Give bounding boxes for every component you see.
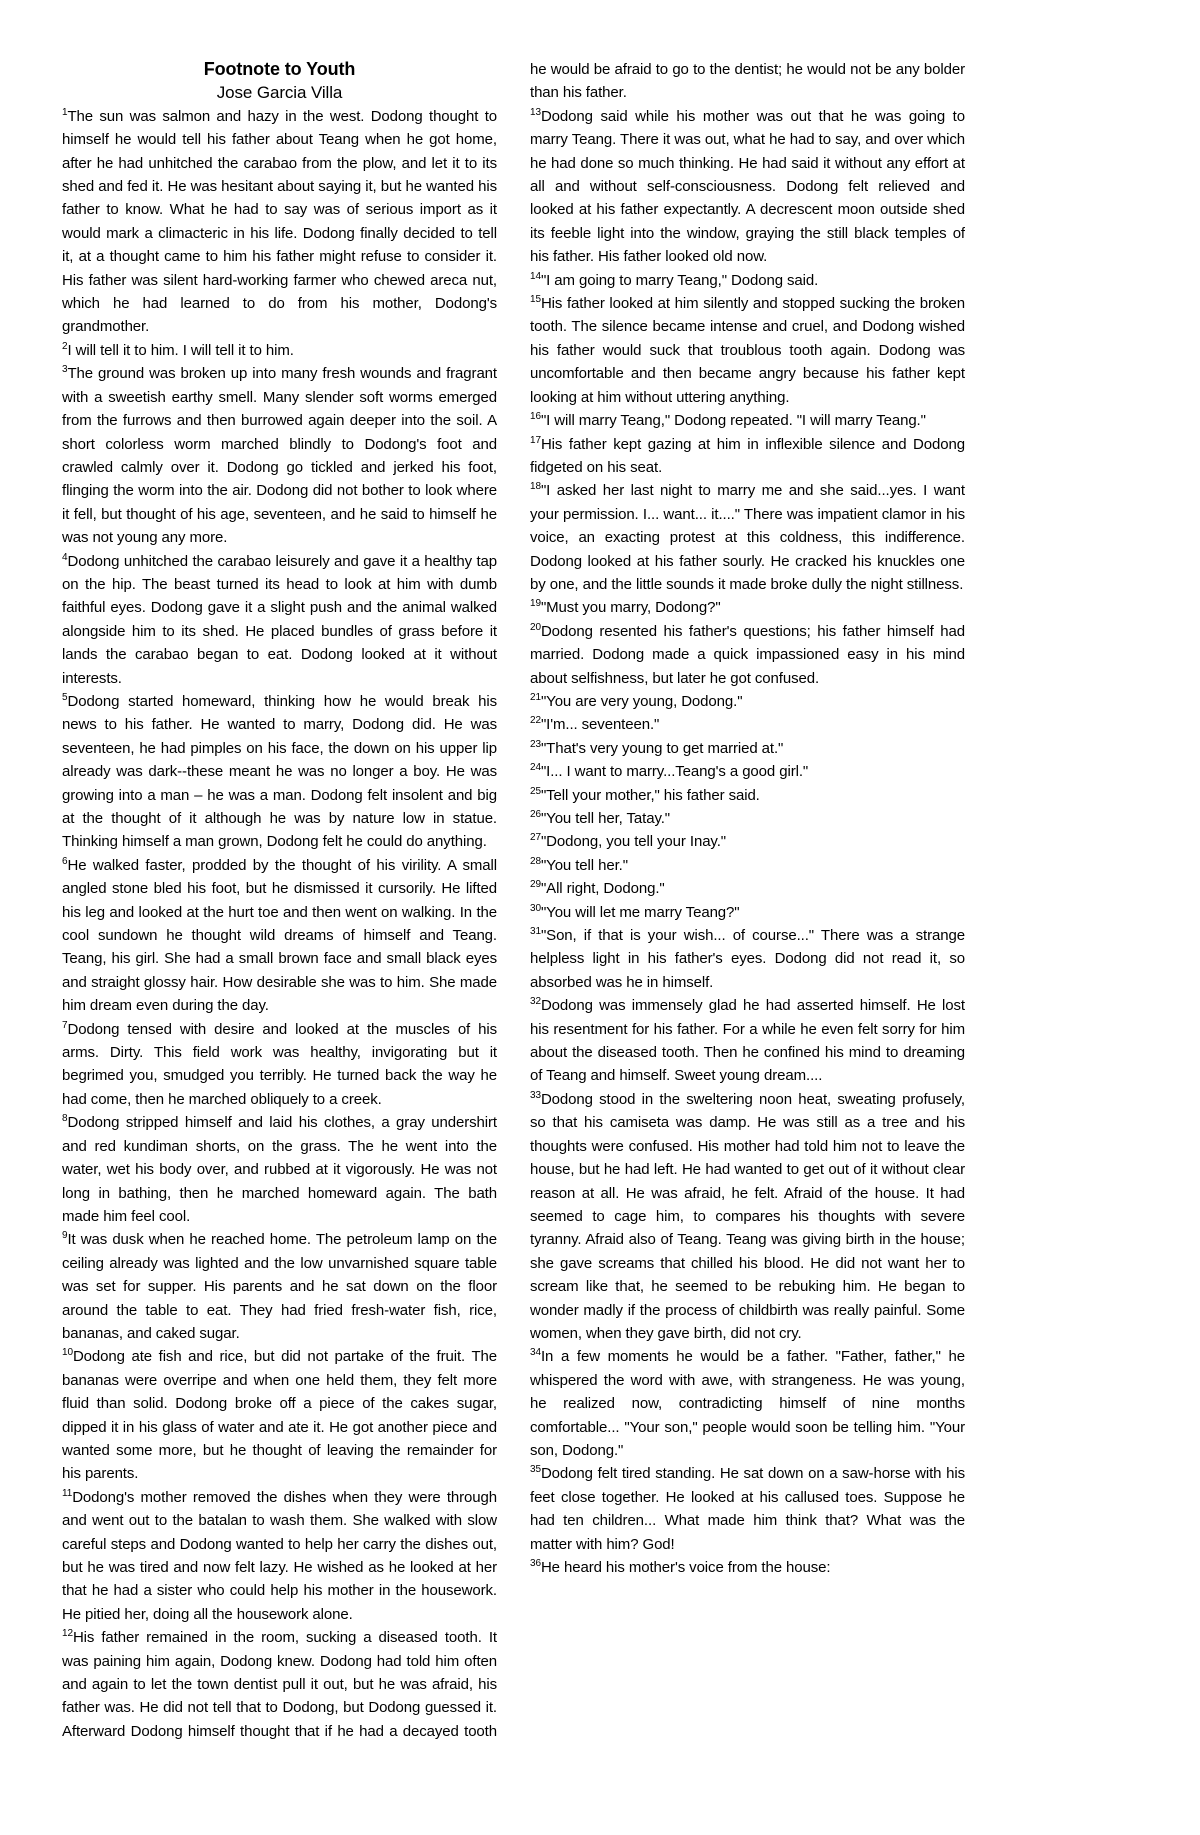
paragraph-text: Dodong stood in the sweltering noon heat…: [530, 1091, 965, 1342]
paragraph-text: Dodong unhitched the carabao leisurely a…: [62, 553, 497, 687]
paragraph-number: 20: [530, 622, 541, 633]
story-paragraph: 11Dodong's mother removed the dishes whe…: [62, 1486, 497, 1626]
paragraph-text: "I... I want to marry...Teang's a good g…: [541, 763, 808, 780]
paragraph-text: In a few moments he would be a father. "…: [530, 1348, 965, 1459]
story-paragraph: 18"I asked her last night to marry me an…: [530, 479, 965, 596]
paragraph-number: 16: [530, 411, 541, 422]
paragraph-number: 24: [530, 762, 541, 773]
paragraph-text: Dodong stripped himself and laid his clo…: [62, 1114, 497, 1225]
paragraph-number: 10: [62, 1347, 73, 1358]
paragraph-number: 36: [530, 1558, 541, 1569]
paragraph-number: 13: [530, 107, 541, 118]
paragraph-number: 25: [530, 786, 541, 797]
story-paragraph: 6He walked faster, prodded by the though…: [62, 854, 497, 1018]
paragraph-text: His father looked at him silently and st…: [530, 295, 965, 406]
story-paragraph: 24"I... I want to marry...Teang's a good…: [530, 760, 965, 783]
paragraph-number: 22: [530, 715, 541, 726]
paragraph-number: 17: [530, 435, 541, 446]
paragraph-text: I will tell it to him. I will tell it to…: [67, 342, 293, 359]
paragraph-text: "All right, Dodong.": [541, 880, 665, 897]
story-paragraph: 15His father looked at him silently and …: [530, 292, 965, 409]
paragraph-text: Dodong ate fish and rice, but did not pa…: [62, 1348, 497, 1482]
story-paragraph: 33Dodong stood in the sweltering noon he…: [530, 1088, 965, 1345]
story-paragraph: 19"Must you marry, Dodong?": [530, 596, 965, 619]
paragraph-number: 31: [530, 926, 541, 937]
paragraph-number: 26: [530, 809, 541, 820]
paragraph-text: "I will marry Teang," Dodong repeated. "…: [541, 412, 926, 429]
paragraph-number: 34: [530, 1347, 541, 1358]
paragraph-text: Dodong felt tired standing. He sat down …: [530, 1465, 965, 1552]
paragraph-number: 28: [530, 856, 541, 867]
story-paragraph: 23"That's very young to get married at.": [530, 737, 965, 760]
story-paragraph: 25"Tell your mother," his father said.: [530, 784, 965, 807]
paragraph-number: 30: [530, 903, 541, 914]
paragraph-number: 29: [530, 879, 541, 890]
paragraph-text: "You will let me marry Teang?": [541, 904, 740, 921]
story-paragraph: 7Dodong tensed with desire and looked at…: [62, 1018, 497, 1112]
story-paragraph: 13Dodong said while his mother was out t…: [530, 105, 965, 269]
story-columns: Footnote to Youth Jose Garcia Villa 1The…: [62, 58, 965, 1780]
paragraph-text: Dodong started homeward, thinking how he…: [62, 693, 497, 850]
paragraph-text: The ground was broken up into many fresh…: [62, 365, 497, 546]
story-paragraph: 31"Son, if that is your wish... of cours…: [530, 924, 965, 994]
story-paragraph: 8Dodong stripped himself and laid his cl…: [62, 1111, 497, 1228]
story-paragraph: 30"You will let me marry Teang?": [530, 901, 965, 924]
paragraph-number: 23: [530, 739, 541, 750]
paragraph-text: He heard his mother's voice from the hou…: [541, 1559, 831, 1576]
story-paragraph: 28"You tell her.": [530, 854, 965, 877]
paragraph-text: "You are very young, Dodong.": [541, 693, 743, 710]
story-paragraph: 5Dodong started homeward, thinking how h…: [62, 690, 497, 854]
document-page: Footnote to Youth Jose Garcia Villa 1The…: [0, 0, 1200, 1835]
paragraph-text: "Dodong, you tell your Inay.": [541, 833, 726, 850]
paragraph-text: It was dusk when he reached home. The pe…: [62, 1231, 497, 1342]
story-paragraph: 36He heard his mother's voice from the h…: [530, 1556, 965, 1579]
paragraph-text: "Tell your mother," his father said.: [541, 787, 760, 804]
paragraph-text: Dodong said while his mother was out tha…: [530, 108, 965, 265]
paragraph-text: Dodong resented his father's questions; …: [530, 623, 965, 687]
story-paragraph: 27"Dodong, you tell your Inay.": [530, 830, 965, 853]
paragraph-number: 19: [530, 598, 541, 609]
story-paragraph: 2I will tell it to him. I will tell it t…: [62, 339, 497, 362]
story-paragraphs: 1The sun was salmon and hazy in the west…: [62, 58, 965, 1780]
story-paragraph: 9It was dusk when he reached home. The p…: [62, 1228, 497, 1345]
paragraph-text: "You tell her, Tatay.": [541, 810, 670, 827]
paragraph-text: Dodong tensed with desire and looked at …: [62, 1021, 497, 1108]
paragraph-text: Dodong's mother removed the dishes when …: [62, 1489, 497, 1623]
paragraph-text: "That's very young to get married at.": [541, 740, 783, 757]
paragraph-number: 12: [62, 1628, 73, 1639]
paragraph-number: 35: [530, 1464, 541, 1475]
paragraph-number: 21: [530, 692, 541, 703]
story-paragraph: 16"I will marry Teang," Dodong repeated.…: [530, 409, 965, 432]
paragraph-number: 32: [530, 996, 541, 1007]
paragraph-text: "Must you marry, Dodong?": [541, 599, 721, 616]
story-paragraph: 4Dodong unhitched the carabao leisurely …: [62, 550, 497, 690]
story-paragraph: 22"I'm... seventeen.": [530, 713, 965, 736]
story-paragraph: 10Dodong ate fish and rice, but did not …: [62, 1345, 497, 1485]
story-paragraph: 34In a few moments he would be a father.…: [530, 1345, 965, 1462]
paragraph-text: "You tell her.": [541, 857, 628, 874]
story-paragraph: 3The ground was broken up into many fres…: [62, 362, 497, 549]
story-paragraph: 35Dodong felt tired standing. He sat dow…: [530, 1462, 965, 1556]
paragraph-text: His father kept gazing at him in inflexi…: [530, 436, 965, 476]
paragraph-number: 27: [530, 832, 541, 843]
story-paragraph: 17His father kept gazing at him in infle…: [530, 433, 965, 480]
paragraph-text: "Son, if that is your wish... of course.…: [530, 927, 965, 991]
paragraph-text: "I am going to marry Teang," Dodong said…: [541, 272, 818, 289]
author-line: Jose Garcia Villa: [62, 81, 497, 104]
story-paragraph: 21"You are very young, Dodong.": [530, 690, 965, 713]
paragraph-number: 18: [530, 481, 541, 492]
story-paragraph: 20Dodong resented his father's questions…: [530, 620, 965, 690]
paragraph-number: 33: [530, 1090, 541, 1101]
page-title: Footnote to Youth: [62, 58, 497, 81]
story-paragraph: 32Dodong was immensely glad he had asser…: [530, 994, 965, 1088]
paragraph-text: The sun was salmon and hazy in the west.…: [62, 108, 497, 336]
story-paragraph: 1The sun was salmon and hazy in the west…: [62, 105, 497, 339]
story-paragraph: 26"You tell her, Tatay.": [530, 807, 965, 830]
paragraph-number: 14: [530, 271, 541, 282]
story-paragraph: 29"All right, Dodong.": [530, 877, 965, 900]
paragraph-text: Dodong was immensely glad he had asserte…: [530, 997, 965, 1084]
paragraph-text: He walked faster, prodded by the thought…: [62, 857, 497, 1014]
paragraph-text: "I'm... seventeen.": [541, 716, 659, 733]
paragraph-number: 11: [62, 1488, 72, 1499]
paragraph-number: 15: [530, 294, 541, 305]
story-paragraph: 14"I am going to marry Teang," Dodong sa…: [530, 269, 965, 292]
paragraph-text: "I asked her last night to marry me and …: [530, 482, 965, 593]
